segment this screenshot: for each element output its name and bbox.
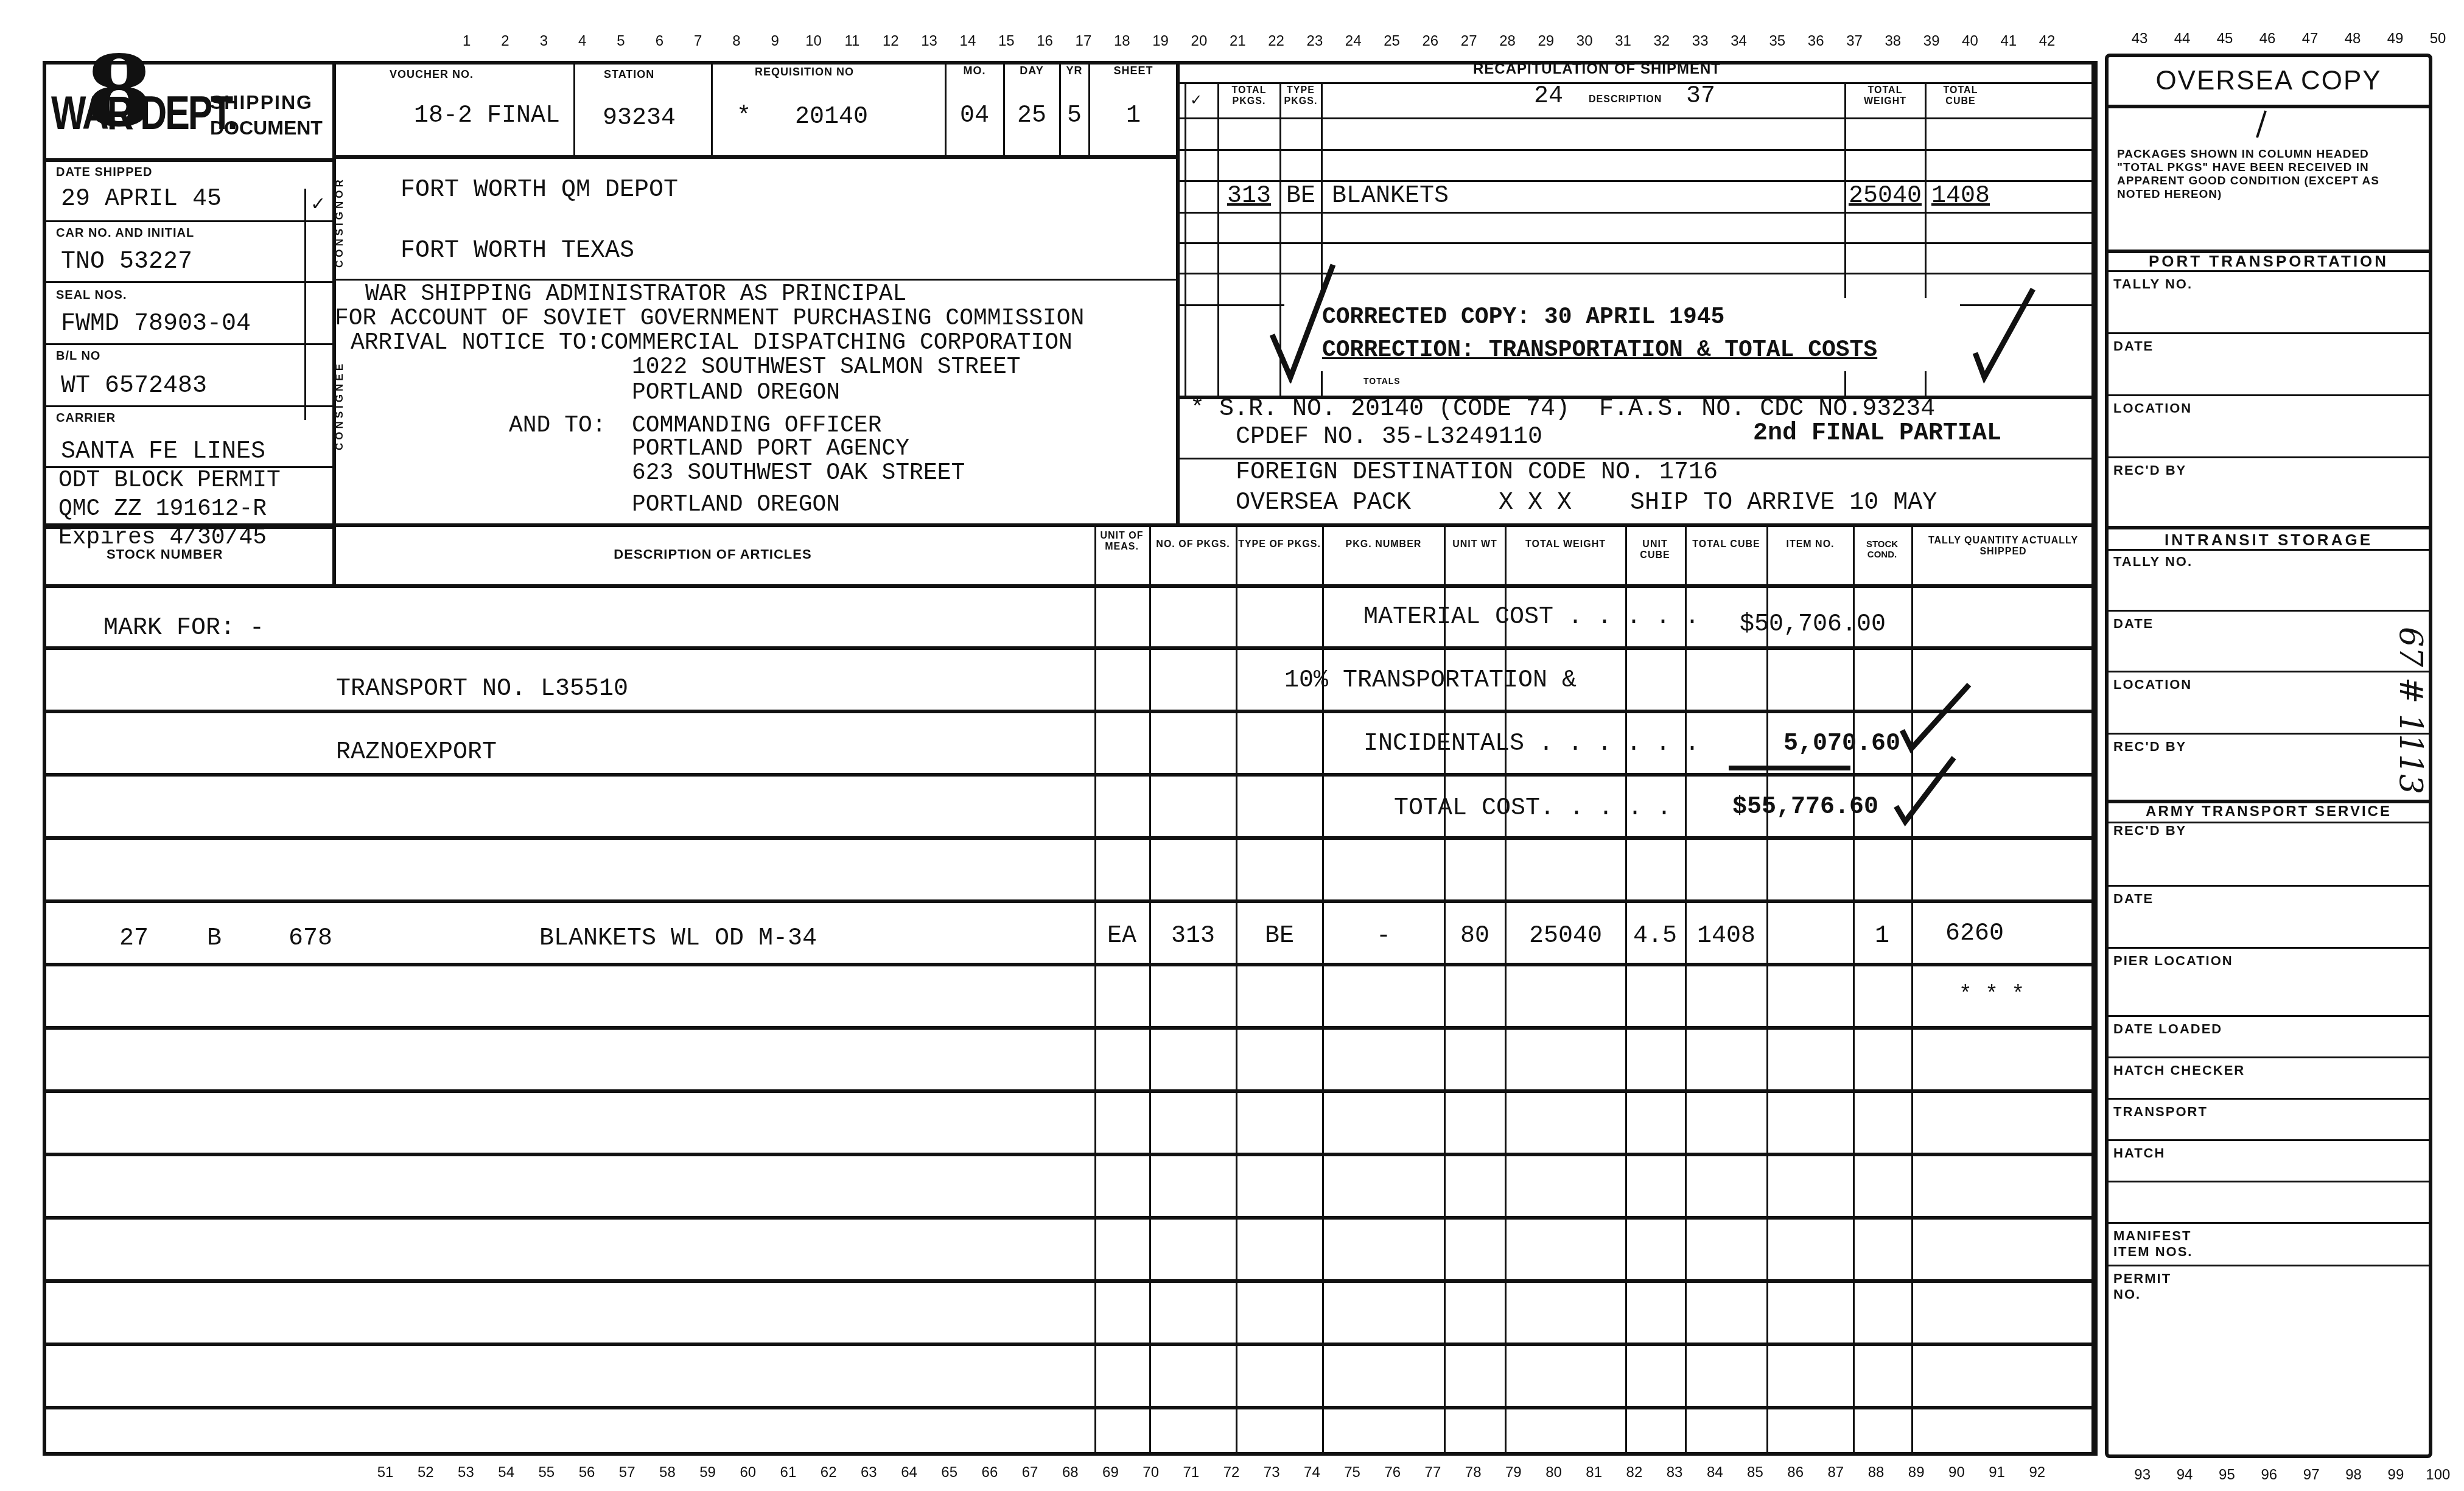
port-transportation-header: PORT TRANSPORTATION	[2105, 250, 2432, 270]
ruler-tick: 69	[1090, 1464, 1130, 1481]
date-shipped-label: DATE SHIPPED	[56, 166, 152, 180]
remarks-line2: CPDEF NO. 35-L3249110	[1236, 424, 1542, 451]
recap-check-icon: ✓	[1190, 91, 1202, 108]
ruler-tick: 97	[2291, 1467, 2333, 1484]
ruler-tick: 7	[679, 33, 717, 50]
ruler-tick: 71	[1171, 1464, 1211, 1481]
ats-blank-field[interactable]	[2105, 1181, 2432, 1222]
ats-permit-field[interactable]: PERMIT NO.	[2105, 1265, 2432, 1307]
col-stock-cond: STOCK COND.	[1854, 539, 1910, 560]
ruler-tick: 100	[2417, 1467, 2459, 1484]
ats-pier-location-field[interactable]: PIER LOCATION	[2105, 947, 2432, 1015]
recap-total-weight: 25040	[1847, 183, 1923, 210]
divider	[43, 220, 335, 222]
divider	[1236, 523, 1237, 1456]
divider	[1444, 523, 1446, 1456]
ruler-tick: 41	[1989, 33, 2028, 50]
field-label: DATE	[2113, 891, 2154, 907]
divider	[332, 155, 1178, 159]
col-total-weight: TOTAL WEIGHT	[1507, 539, 1624, 550]
ruler-tick: 54	[486, 1464, 527, 1481]
ruler-tick: 59	[688, 1464, 728, 1481]
remarks-line1: * S.R. NO. 20140 (CODE 74) F.A.S. NO. CD…	[1190, 396, 1935, 423]
ruler-tick: 23	[1295, 33, 1334, 50]
ruler-tick: 60	[728, 1464, 768, 1481]
col-no-of-pkgs: NO. OF PKGS.	[1152, 539, 1234, 550]
row-divider	[43, 1216, 2095, 1220]
ruler-tick: 30	[1566, 33, 1604, 50]
recap-total-pkgs: 313	[1220, 183, 1278, 210]
consignee-code: RAZNOEXPORT	[336, 739, 497, 766]
ruler-tick: 20	[1180, 33, 1218, 50]
ruler-tick: 39	[1912, 33, 1950, 50]
sum-underline	[1729, 766, 1850, 770]
seal-nos-label: SEAL NOS.	[56, 288, 127, 302]
recap-desc-num-left: 24	[1534, 83, 1563, 110]
ruler-tick: 64	[889, 1464, 929, 1481]
col-pkg-number: PKG. NUMBER	[1325, 539, 1443, 550]
ruler-tick: 88	[1856, 1464, 1896, 1481]
ruler-tick: 29	[1527, 33, 1565, 50]
field-label: DATE LOADED	[2113, 1021, 2222, 1037]
mo-value: 04	[947, 102, 1002, 130]
field-label: REC'D BY	[2113, 739, 2186, 755]
consignee-line: PORTLAND OREGON	[632, 380, 840, 406]
ruler-tick: 4	[563, 33, 601, 50]
voucher-value: 18-2 FINAL	[414, 102, 560, 130]
ruler-tick: 27	[1450, 33, 1488, 50]
handwritten-mark: 8	[85, 43, 153, 140]
field-label: LOCATION	[2113, 677, 2192, 693]
ruler-tick: 38	[1874, 33, 1912, 50]
ruler-tick: 93	[2121, 1467, 2163, 1484]
ruler-tick: 99	[2375, 1467, 2417, 1484]
stock-number-b: B	[207, 925, 222, 952]
row-divider	[43, 1153, 2095, 1156]
mo-label: MO.	[947, 65, 1002, 77]
ruler-tick: 57	[607, 1464, 647, 1481]
ruler-tick: 63	[849, 1464, 889, 1481]
ruler-tick: 50	[2417, 30, 2459, 47]
totals-label: TOTALS	[1363, 376, 1401, 386]
correction-line1: CORRECTED COPY: 30 APRIL 1945	[1322, 304, 1724, 330]
ruler-tick: 19	[1141, 33, 1180, 50]
top-column-ruler: 1234567891011121314151617181920212223242…	[447, 33, 2067, 51]
field-label: REC'D BY	[2113, 463, 2186, 478]
oversea-notice: PACKAGES SHOWN IN COLUMN HEADED "TOTAL P…	[2117, 148, 2415, 201]
row-divider	[43, 1279, 2095, 1283]
divider	[1176, 117, 2095, 119]
ats-transport-field[interactable]: TRANSPORT	[2105, 1098, 2432, 1139]
ruler-tick: 48	[2331, 30, 2374, 47]
item-tally-qty: 6260	[1914, 920, 2035, 948]
consignee-line: FOR ACCOUNT OF SOVIET GOVERNMENT PURCHAS…	[335, 306, 1084, 332]
divider	[2105, 105, 2432, 108]
permit-line2: QMC ZZ 191612-R	[58, 496, 267, 522]
divider	[1853, 523, 1855, 1456]
ruler-tick: 82	[1614, 1464, 1654, 1481]
divider	[43, 281, 335, 283]
divider	[1149, 523, 1151, 1456]
ruler-tick: 49	[2374, 30, 2417, 47]
ruler-tick: 86	[1776, 1464, 1816, 1481]
check-transport-icon	[1899, 682, 1972, 755]
carrier-label: CARRIER	[56, 411, 116, 425]
ruler-tick: 8	[717, 33, 755, 50]
row-divider	[43, 773, 2095, 777]
item-total-cube: 1408	[1687, 923, 1765, 950]
bl-no-value: WT 6572483	[61, 372, 207, 400]
ruler-tick: 11	[833, 33, 871, 50]
carrier-value: SANTA FE LINES	[61, 438, 265, 466]
ruler-tick: 37	[1835, 33, 1874, 50]
ruler-tick: 70	[1131, 1464, 1171, 1481]
ruler-tick: 87	[1816, 1464, 1856, 1481]
consignor-label: CONSIGNOR	[334, 176, 346, 268]
ruler-tick: 25	[1373, 33, 1411, 50]
ruler-tick: 15	[987, 33, 1026, 50]
is-recd-by-field[interactable]: REC'D BY	[2105, 733, 2432, 800]
transport-cost-label-2: INCIDENTALS . . . . . .	[1363, 730, 1699, 758]
ruler-tick: 16	[1026, 33, 1064, 50]
transport-cost-value: 5,070.60	[1783, 730, 1900, 758]
ruler-tick: 95	[2206, 1467, 2248, 1484]
material-cost-value: $50,706.00	[1740, 611, 1886, 638]
ruler-tick: 77	[1413, 1464, 1453, 1481]
ruler-tick: 47	[2289, 30, 2331, 47]
field-label: DATE	[2113, 616, 2154, 632]
requisition-label: REQUISITION NO	[755, 66, 854, 79]
divider	[1217, 82, 1219, 396]
requisition-value: * 20140	[737, 103, 868, 131]
divider	[1766, 523, 1768, 1456]
item-stock-cond: 1	[1854, 923, 1910, 950]
station-label: STATION	[604, 68, 654, 81]
station-value: 93234	[603, 105, 676, 132]
ruler-tick: 10	[794, 33, 833, 50]
col-total-cube: TOTAL CUBE	[1687, 539, 1765, 550]
divider	[1505, 523, 1507, 1456]
is-date-field[interactable]: DATE	[2105, 610, 2432, 671]
date-shipped-value: 29 APRIL 45	[61, 186, 222, 213]
ruler-tick: 65	[929, 1464, 970, 1481]
row-divider	[43, 963, 2095, 966]
divider	[1176, 61, 1180, 523]
ruler-tick: 14	[948, 33, 987, 50]
ruler-tick: 72	[1211, 1464, 1251, 1481]
ruler-tick: 68	[1050, 1464, 1090, 1481]
field-label: MANIFEST ITEM NOS.	[2113, 1228, 2217, 1260]
voucher-label: VOUCHER NO.	[390, 68, 474, 81]
ruler-tick: 91	[1977, 1464, 2017, 1481]
col-unit-of-meas: UNIT OF MEAS.	[1096, 531, 1148, 553]
consignee-line: COMMANDING OFFICER	[632, 413, 881, 439]
top-column-ruler-right: 4344454647484950	[2118, 30, 2459, 49]
ruler-tick: 76	[1373, 1464, 1413, 1481]
field-label: REC'D BY	[2113, 823, 2186, 839]
divider	[945, 61, 947, 155]
ruler-tick: 6	[640, 33, 679, 50]
divider	[1322, 523, 1324, 1456]
ruler-tick: 74	[1292, 1464, 1332, 1481]
ruler-tick: 26	[1411, 33, 1449, 50]
divider	[2094, 61, 2098, 1456]
recap-title: RECAPITULATION OF SHIPMENT	[1473, 61, 1721, 78]
item-unit-cube: 4.5	[1626, 923, 1684, 950]
ats-manifest-field[interactable]: MANIFEST ITEM NOS.	[2105, 1222, 2432, 1265]
ruler-tick: 45	[2203, 30, 2246, 47]
divider	[1003, 61, 1005, 155]
day-value: 25	[1006, 102, 1058, 130]
ruler-tick: 42	[2028, 33, 2066, 50]
ruler-tick: 22	[1257, 33, 1295, 50]
port-transportation-title: PORT TRANSPORTATION	[2105, 252, 2432, 271]
yr-value: 5	[1060, 102, 1088, 130]
divider	[1176, 242, 2095, 244]
ruler-tick: 51	[365, 1464, 405, 1481]
ats-hatch-field[interactable]: HATCH	[2105, 1139, 2432, 1181]
ats-recd-by-field[interactable]: REC'D BY	[2105, 822, 2432, 885]
consignee-label: CONSIGNEE	[334, 361, 346, 450]
col-unit-wt: UNIT WT	[1446, 539, 1503, 550]
transport-no: TRANSPORT NO. L35510	[336, 676, 628, 703]
item-pkg-number: -	[1325, 923, 1443, 950]
ruler-tick: 5	[601, 33, 640, 50]
ruler-tick: 13	[910, 33, 948, 50]
field-label: LOCATION	[2113, 400, 2192, 416]
ruler-tick: 58	[647, 1464, 687, 1481]
recap-col-total-pkgs: TOTAL PKGS.	[1220, 85, 1278, 107]
ruler-tick: 9	[756, 33, 794, 50]
field-label: HATCH CHECKER	[2113, 1063, 2245, 1078]
ruler-tick: 3	[525, 33, 563, 50]
ruler-tick: 67	[1010, 1464, 1050, 1481]
divider	[1176, 82, 2095, 84]
consignee-line: PORTLAND PORT AGENCY	[632, 436, 909, 462]
divider	[304, 189, 306, 420]
check-total-icon	[1893, 755, 1960, 828]
field-label: DATE	[2113, 338, 2154, 354]
divider	[1176, 212, 2095, 214]
check-mark: ✓	[310, 194, 326, 215]
item-total-weight: 25040	[1507, 923, 1624, 950]
divider	[1176, 180, 2095, 182]
consignee-line: PORTLAND OREGON	[632, 492, 840, 518]
row-divider	[43, 1089, 2095, 1093]
divider	[1625, 523, 1627, 1456]
recap-total-cube: 1408	[1927, 183, 1994, 210]
permit-line1: ODT BLOCK PERMIT	[58, 467, 281, 494]
col-stock-number: STOCK NUMBER	[107, 546, 223, 562]
ruler-tick: 75	[1332, 1464, 1373, 1481]
ruler-tick: 83	[1654, 1464, 1695, 1481]
consignor-line1: FORT WORTH QM DEPOT	[401, 176, 678, 204]
remarks-partial: 2nd FINAL PARTIAL	[1753, 420, 2001, 447]
transport-cost-label-1: 10% TRANSPORTATION &	[1284, 667, 1577, 694]
remarks-line4: OVERSEA PACK X X X SHIP TO ARRIVE 10 MAY	[1236, 489, 1937, 517]
ruler-tick: 31	[1604, 33, 1642, 50]
ruler-tick: 43	[2118, 30, 2161, 47]
consignee-line: 623 SOUTHWEST OAK STREET	[632, 460, 965, 486]
stock-number-c: 678	[289, 925, 332, 952]
army-transport-service-title: ARMY TRANSPORT SERVICE	[2105, 803, 2432, 820]
field-label: TRANSPORT	[2113, 1104, 2208, 1120]
correction-line2: CORRECTION: TRANSPORTATION & TOTAL COSTS	[1322, 337, 1877, 363]
ruler-tick: 92	[2017, 1464, 2057, 1481]
ruler-tick: 53	[446, 1464, 486, 1481]
is-location-field[interactable]: LOCATION	[2105, 671, 2432, 733]
ruler-tick: 17	[1064, 33, 1102, 50]
is-tally-field[interactable]: TALLY NO.	[2105, 549, 2432, 610]
divider	[1911, 523, 1913, 1456]
recap-desc-num-right: 37	[1686, 83, 1715, 110]
row-divider	[43, 1406, 2095, 1409]
ruler-tick: 24	[1334, 33, 1373, 50]
field-label: PIER LOCATION	[2113, 953, 2233, 969]
doc-title-line1: SHIPPING	[210, 91, 313, 114]
margin-note: 67 # 1113	[2392, 627, 2429, 794]
ruler-tick: 35	[1758, 33, 1796, 50]
recap-col-type-pkgs: TYPE PKGS.	[1282, 85, 1320, 107]
divider	[1094, 523, 1096, 1456]
pt-date-field[interactable]: DATE	[2105, 332, 2432, 394]
stock-number-a: 27	[119, 925, 149, 952]
ruler-tick: 55	[527, 1464, 567, 1481]
ruler-tick: 81	[1574, 1464, 1614, 1481]
intransit-storage-title: INTRANSIT STORAGE	[2105, 531, 2432, 550]
material-cost-label: MATERIAL COST . . . . .	[1363, 604, 1699, 631]
car-no-label: CAR NO. AND INITIAL	[56, 226, 194, 240]
divider	[43, 158, 335, 162]
item-unit-wt: 80	[1446, 923, 1503, 950]
divider	[43, 343, 335, 345]
row-divider	[43, 899, 2095, 903]
field-label: HATCH	[2113, 1145, 2165, 1161]
ruler-tick: 98	[2333, 1467, 2375, 1484]
divider	[335, 279, 1177, 281]
bl-no-label: B/L NO	[56, 349, 100, 363]
ats-header: ARMY TRANSPORT SERVICE	[2105, 803, 2432, 820]
bottom-column-ruler-right: 93949596979899100	[2121, 1467, 2459, 1486]
doc-title-line2: DOCUMENT	[210, 117, 323, 139]
ruler-tick: 90	[1936, 1464, 1976, 1481]
ruler-tick: 89	[1896, 1464, 1936, 1481]
item-type-of-pkgs: BE	[1238, 923, 1321, 950]
total-cost-label: TOTAL COST. . . . .	[1394, 795, 1671, 822]
recap-col-total-weight: TOTAL WEIGHT	[1847, 85, 1923, 107]
ruler-tick: 85	[1735, 1464, 1775, 1481]
ruler-tick: 46	[2246, 30, 2289, 47]
pt-recd-by-field[interactable]: REC'D BY	[2105, 456, 2432, 525]
remarks-line3: FOREIGN DESTINATION CODE NO. 1716	[1236, 459, 1718, 486]
row-divider	[43, 646, 2095, 650]
col-tally-qty: TALLY QUANTITY ACTUALLY SHIPPED	[1914, 536, 2093, 557]
divider	[43, 584, 2095, 588]
divider	[43, 405, 335, 407]
item-description: BLANKETS WL OD M-34	[539, 925, 817, 952]
row-divider	[43, 836, 2095, 840]
ruler-tick: 84	[1695, 1464, 1735, 1481]
ruler-tick: 21	[1219, 33, 1257, 50]
ruler-tick: 40	[1951, 33, 1989, 50]
row-divider	[43, 1026, 2095, 1030]
sheet-label: SHEET	[1091, 65, 1176, 77]
day-label: DAY	[1006, 65, 1058, 77]
ats-date-field[interactable]: DATE	[2105, 885, 2432, 947]
ruler-tick: 94	[2163, 1467, 2205, 1484]
ruler-tick: 33	[1681, 33, 1720, 50]
consignee-and-to: AND TO:	[509, 413, 606, 439]
intransit-storage-header: INTRANSIT STORAGE	[2105, 529, 2432, 548]
row-divider	[43, 1343, 2095, 1346]
field-label: TALLY NO.	[2113, 554, 2193, 570]
ruler-tick: 80	[1533, 1464, 1573, 1481]
ruler-tick: 73	[1251, 1464, 1292, 1481]
field-label: PERMIT NO.	[2113, 1271, 2186, 1302]
ruler-tick: 56	[567, 1464, 607, 1481]
row-divider	[43, 710, 2095, 713]
col-type-of-pkgs: TYPE OF PKGS.	[1238, 539, 1321, 550]
col-unit-cube: UNIT CUBE	[1626, 539, 1684, 561]
ruler-tick: 34	[1720, 33, 1758, 50]
oversea-copy-title: OVERSEA COPY	[2109, 66, 2429, 96]
ruler-tick: 2	[486, 33, 524, 50]
ruler-tick: 44	[2161, 30, 2203, 47]
ruler-tick: 18	[1103, 33, 1141, 50]
recap-col-total-cube: TOTAL CUBE	[1927, 85, 1994, 107]
col-description: DESCRIPTION OF ARTICLES	[332, 546, 1093, 562]
recap-type-pkgs: BE	[1282, 183, 1320, 210]
divider	[1685, 523, 1687, 1456]
yr-label: YR	[1060, 65, 1088, 77]
field-label: TALLY NO.	[2113, 276, 2193, 292]
ats-hatch-checker-field[interactable]: HATCH CHECKER	[2105, 1056, 2432, 1098]
correction-check-left-icon	[1266, 262, 1339, 383]
divider	[1176, 149, 2095, 151]
mark-for: MARK FOR: -	[103, 615, 264, 642]
ruler-tick: 52	[405, 1464, 446, 1481]
ruler-tick: 79	[1493, 1464, 1533, 1481]
recap-description: BLANKETS	[1332, 183, 1449, 210]
bottom-column-ruler: 5152535455565758596061626364656667686970…	[365, 1464, 2057, 1482]
pt-location-field[interactable]: LOCATION	[2105, 394, 2432, 456]
ruler-tick: 12	[872, 33, 910, 50]
consignee-line: ARRIVAL NOTICE TO:COMMERCIAL DISPATCHING…	[351, 330, 1073, 356]
ruler-tick: 78	[1453, 1464, 1493, 1481]
divider	[711, 61, 713, 155]
divider	[1185, 82, 1186, 396]
sheet-value: 1	[1091, 102, 1176, 130]
car-no-value: TNO 53227	[61, 248, 192, 276]
pt-tally-field[interactable]: TALLY NO.	[2105, 270, 2432, 332]
ruler-tick: 32	[1642, 33, 1681, 50]
divider	[573, 61, 575, 155]
item-unit-of-meas: EA	[1096, 923, 1148, 950]
divider	[43, 523, 2095, 527]
correction-check-right-icon	[1966, 286, 2039, 383]
ruler-tick: 1	[447, 33, 486, 50]
ruler-tick: 28	[1488, 33, 1527, 50]
ruler-tick: 36	[1796, 33, 1835, 50]
consignor-line2: FORT WORTH TEXAS	[401, 237, 634, 265]
divider	[1088, 61, 1090, 155]
ruler-tick: 61	[768, 1464, 808, 1481]
ats-date-loaded-field[interactable]: DATE LOADED	[2105, 1015, 2432, 1056]
recap-col-description: DESCRIPTION	[1589, 94, 1662, 105]
item-no-of-pkgs: 313	[1152, 923, 1234, 950]
ruler-tick: 66	[970, 1464, 1010, 1481]
tick-mark-icon	[2252, 110, 2270, 140]
